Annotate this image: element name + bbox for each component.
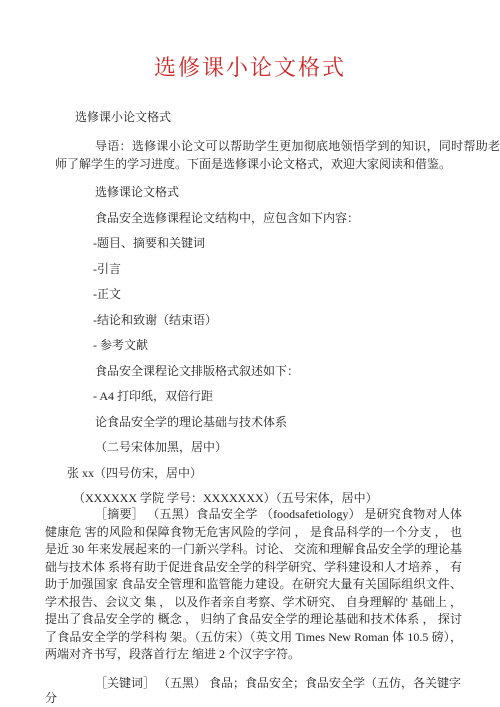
document-subtitle: 选修课小论文格式 xyxy=(45,110,460,125)
document-page: 选修课小论文格式 选修课小论文格式 导语：选修课小论文可以帮助学生更加彻底地领悟… xyxy=(0,0,500,707)
layout-intro: 食品安全课程论文排版格式叙述如下： xyxy=(45,364,460,379)
keywords-line: ［关键词］ （五黑） 食品；食品安全；食品安全学（五仿，各关键字分 xyxy=(45,676,462,706)
structure-item: - 参考文献 xyxy=(45,338,460,353)
structure-item: -正文 xyxy=(45,287,460,302)
structure-item: -题目、摘要和关键词 xyxy=(45,236,460,251)
sample-title-note: （二号宋体加黑，居中） xyxy=(45,440,460,455)
structure-intro: 食品安全选修课程论文结构中，应包含如下内容： xyxy=(45,211,460,226)
document-title: 选修课小论文格式 xyxy=(0,0,500,84)
abstract-paragraph: ［摘要］ （五黑）食品安全学 （foodsafetiology） 是研究食物对人… xyxy=(45,506,462,664)
author-line: 张 xx（四号仿宋，居中） xyxy=(45,466,460,481)
layout-item: - A4 打印纸，双倍行距 xyxy=(45,389,460,404)
intro-paragraph: 导语：选修课小论文可以帮助学生更加彻底地领悟学到的知识，同时帮助老师了解学生的学… xyxy=(55,137,500,173)
sample-paper-title: 论食品安全学的理论基础与技术体系 xyxy=(45,415,460,430)
structure-item: -引言 xyxy=(45,262,460,277)
structure-item: -结论和致谢（结束语） xyxy=(45,313,460,328)
affiliation-line: （XXXXXX 学院 学号：XXXXXXX）（五号宋体，居中） xyxy=(45,491,460,506)
section-heading: 选修课论文格式 xyxy=(45,185,460,200)
